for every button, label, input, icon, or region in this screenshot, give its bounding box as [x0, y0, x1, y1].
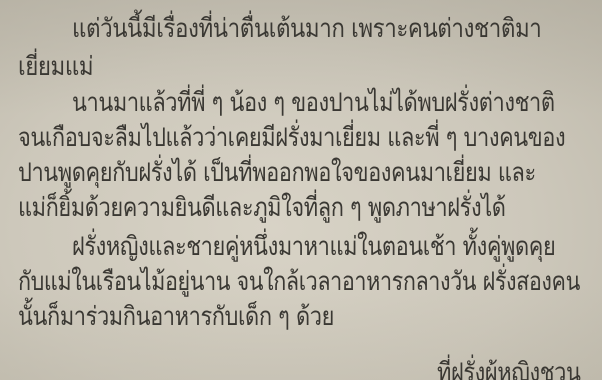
book-page: แต่วันนี้มีเรื่องที่น่าตื่นเต้นมาก เพราะ… — [0, 0, 602, 380]
text-line-8: กับแม่ในเรือนไม้อยู่นาน จนใกล้เวลาอาหารก… — [18, 267, 580, 297]
text-line-5: ปานพูดคุยกับฝรั่งได้ เป็นที่พออกพอใจของค… — [18, 158, 536, 188]
text-line-1: แต่วันนี้มีเรื่องที่น่าตื่นเต้นมาก เพราะ… — [72, 14, 541, 44]
text-line-2: เยี่ยมแม่ — [18, 52, 93, 82]
text-line-6: แม่ก็ยิ้มด้วยความยินดีและภูมิใจที่ลูก ๆ … — [18, 193, 506, 223]
text-line-7: ฝรั่งหญิงและชายคู่หนึ่งมาหาแม่ในตอนเช้า … — [72, 232, 555, 262]
text-line-9: นั้นก็มาร่วมกินอาหารกับเด็ก ๆ ด้วย — [18, 302, 334, 332]
text-line-10-partial: ที่ฝรั่งผู้หญิงชวน — [437, 358, 580, 380]
text-line-4: จนเกือบจะลืมไปแล้วว่าเคยมีฝรั่งมาเยี่ยม … — [18, 123, 565, 153]
text-line-3: นานมาแล้วที่พี่ ๆ น้อง ๆ ของปานไม่ได้พบฝ… — [72, 88, 555, 118]
